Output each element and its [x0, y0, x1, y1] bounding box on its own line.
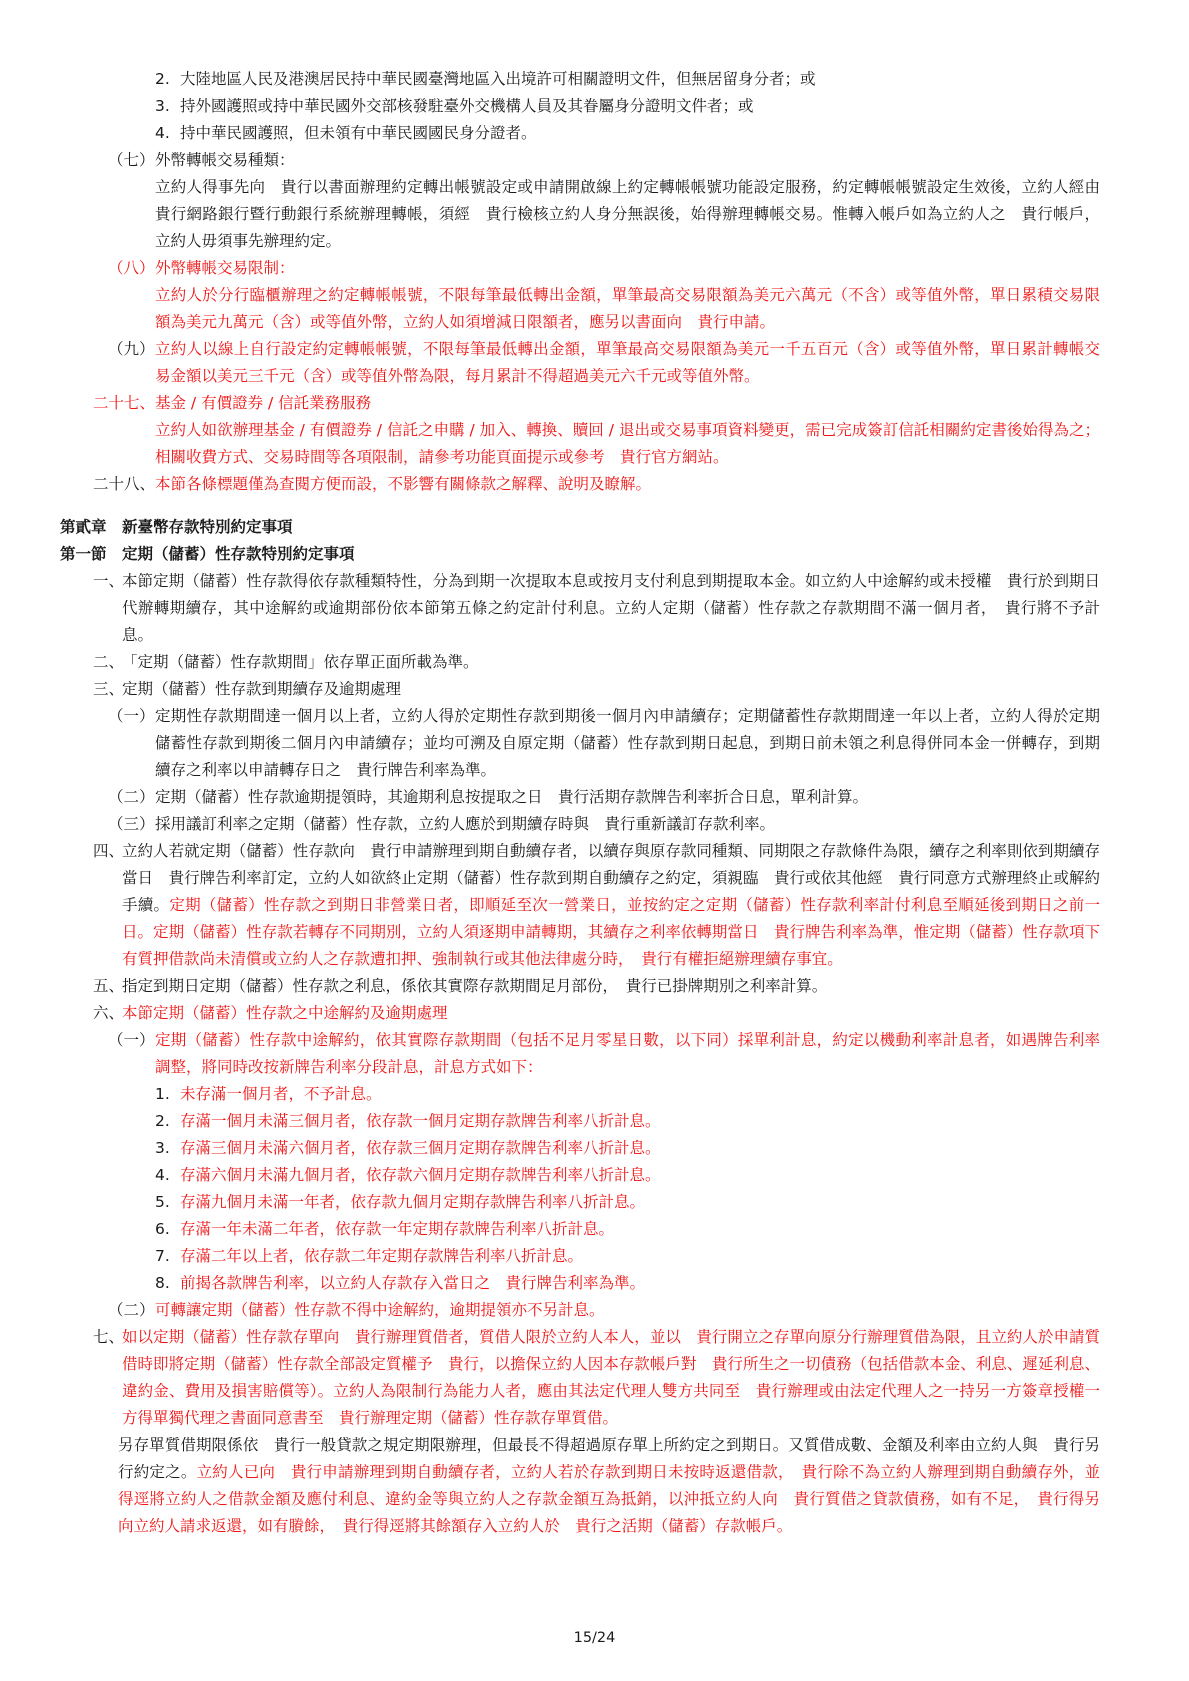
contract-clauses: 2.大陸地區人民及港澳居民持中華民國臺灣地區入出境許可相關證明文件，但無居留身分… [0, 66, 1189, 1540]
clause-block: 7.存滿二年以上者，依存款二年定期存款牌告利率八折計息。 [0, 1243, 1189, 1270]
clause-block: 一、本節定期（儲蓄）性存款得依存款種類特性，分為到期一次提取本息或按月支付利息到… [0, 568, 1189, 649]
item-marker: 二十七、 [93, 390, 155, 417]
item-marker: （二） [108, 1297, 155, 1324]
clause-block: 2.存滿一個月未滿三個月者，依存款一個月定期存款牌告利率八折計息。 [0, 1108, 1189, 1135]
clause-text: 持外國護照或持中華民國外交部核發駐臺外交機構人員及其眷屬身分證明文件者；或 [180, 97, 754, 115]
clause-text: 定期（儲蓄）性存款到期續存及逾期處理 [122, 680, 401, 698]
item-marker: 2. [155, 1108, 170, 1135]
clause-block: 七、如以定期（儲蓄）性存款存單向 貴行辦理質借者，質借人限於立約人本人，並以 貴… [0, 1324, 1189, 1432]
section-heading: 第貳章 新臺幣存款特別約定事項 [0, 514, 1189, 541]
clause-block: （二）可轉讓定期（儲蓄）性存款不得中途解約，逾期提領亦不另計息。 [0, 1297, 1189, 1324]
clause-text: 立約人以線上自行設定約定轉帳帳號，不限每筆最低轉出金額，單筆最高交易限額為美元一… [155, 340, 1100, 385]
item-marker: 六、 [93, 1000, 124, 1027]
clause-block: 1.未存滿一個月者，不予計息。 [0, 1081, 1189, 1108]
clause-block: 二、「定期（儲蓄）性存款期間」依存單正面所載為準。 [0, 649, 1189, 676]
clause-block: 6.存滿一年未滿二年者，依存款一年定期存款牌告利率八折計息。 [0, 1216, 1189, 1243]
clause-block: 5.存滿九個月未滿一年者，依存款九個月定期存款牌告利率八折計息。 [0, 1189, 1189, 1216]
item-marker: 5. [155, 1189, 170, 1216]
clause-text: 立約人如欲辦理基金 / 有價證券 / 信託之申購 / 加入、轉換、贖回 / 退出… [155, 421, 1100, 466]
clause-text: 外幣轉帳交易種類： [155, 151, 295, 169]
clause-text: 存滿六個月未滿九個月者，依存款六個月定期存款牌告利率八折計息。 [180, 1166, 661, 1184]
page-number: 15/24 [0, 1629, 1189, 1647]
clause-text: 定期性存款期間達一個月以上者，立約人得於定期性存款到期後一個月內申請續存；定期儲… [155, 707, 1100, 779]
clause-block: 3.持外國護照或持中華民國外交部核發駐臺外交機構人員及其眷屬身分證明文件者；或 [0, 93, 1189, 120]
item-marker: 二、 [93, 649, 124, 676]
clause-block: 立約人如欲辦理基金 / 有價證券 / 信託之申購 / 加入、轉換、贖回 / 退出… [0, 417, 1189, 471]
item-marker: 4. [155, 1162, 170, 1189]
item-marker: （三） [108, 811, 155, 838]
clause-text: 可轉讓定期（儲蓄）性存款不得中途解約，逾期提領亦不另計息。 [155, 1301, 605, 1319]
item-marker: 四、 [93, 838, 124, 865]
item-marker: 6. [155, 1216, 170, 1243]
item-marker: 3. [155, 93, 170, 120]
clause-text: 基金 / 有價證券 / 信託業務服務 [155, 394, 371, 412]
clause-text: 本節各條標題僅為查閱方便而設，不影響有關條款之解釋、說明及瞭解。 [155, 475, 651, 493]
item-marker: 七、 [93, 1324, 124, 1351]
item-marker: （九） [108, 336, 155, 363]
clause-block: 8.前揭各款牌告利率，以立約人存款存入當日之 貴行牌告利率為準。 [0, 1270, 1189, 1297]
clause-text: 立約人得事先向 貴行以書面辦理約定轉出帳號設定或申請開啟線上約定轉帳帳號功能設定… [155, 178, 1116, 250]
clause-text: 未存滿一個月者，不予計息。 [180, 1085, 382, 1103]
item-marker: 4. [155, 120, 170, 147]
clause-text: 存滿九個月未滿一年者，依存款九個月定期存款牌告利率八折計息。 [180, 1193, 645, 1211]
clause-block: （二）定期（儲蓄）性存款逾期提領時，其逾期利息按提取之日 貴行活期存款牌告利率折… [0, 784, 1189, 811]
clause-block: 三、定期（儲蓄）性存款到期續存及逾期處理 [0, 676, 1189, 703]
item-marker: （八） [108, 255, 155, 282]
clause-text: 第貳章 新臺幣存款特別約定事項 [60, 518, 293, 536]
clause-block: （三）採用議訂利率之定期（儲蓄）性存款，立約人應於到期續存時與 貴行重新議訂存款… [0, 811, 1189, 838]
clause-text: 外幣轉帳交易限制： [155, 259, 295, 277]
clause-block: （八）外幣轉帳交易限制： [0, 255, 1189, 282]
clause-text: 大陸地區人民及港澳居民持中華民國臺灣地區入出境許可相關證明文件，但無居留身分者；… [180, 70, 816, 88]
clause-text: 採用議訂利率之定期（儲蓄）性存款，立約人應於到期續存時與 貴行重新議訂存款利率。 [155, 815, 775, 833]
clause-block: （七）外幣轉帳交易種類： [0, 147, 1189, 174]
clause-text: 存滿二年以上者，依存款二年定期存款牌告利率八折計息。 [180, 1247, 583, 1265]
item-marker: 一、 [93, 568, 124, 595]
clause-block: 二十七、基金 / 有價證券 / 信託業務服務 [0, 390, 1189, 417]
clause-block: 六、本節定期（儲蓄）性存款之中途解約及逾期處理 [0, 1000, 1189, 1027]
clause-block: 4.存滿六個月未滿九個月者，依存款六個月定期存款牌告利率八折計息。 [0, 1162, 1189, 1189]
item-marker: 2. [155, 66, 170, 93]
item-marker: 五、 [93, 973, 124, 1000]
clause-block: 3.存滿三個月未滿六個月者，依存款三個月定期存款牌告利率八折計息。 [0, 1135, 1189, 1162]
clause-text: 前揭各款牌告利率，以立約人存款存入當日之 貴行牌告利率為準。 [180, 1274, 645, 1292]
clause-block: 二十八、本節各條標題僅為查閱方便而設，不影響有關條款之解釋、說明及瞭解。 [0, 471, 1189, 498]
clause-text: 存滿一年未滿二年者，依存款一年定期存款牌告利率八折計息。 [180, 1220, 614, 1238]
clause-text: 存滿一個月未滿三個月者，依存款一個月定期存款牌告利率八折計息。 [180, 1112, 661, 1130]
clause-block: 五、指定到期日定期（儲蓄）性存款之利息，係依其實際存款期間足月部份， 貴行已掛牌… [0, 973, 1189, 1000]
section-heading: 第一節 定期（儲蓄）性存款特別約定事項 [0, 541, 1189, 568]
item-marker: 三、 [93, 676, 124, 703]
clause-text: 持中華民國護照，但未領有中華民國國民身分證者。 [180, 124, 537, 142]
clause-text: 立約人於分行臨櫃辦理之約定轉帳帳號，不限每筆最低轉出金額，單筆最高交易限額為美元… [155, 286, 1100, 331]
item-marker: 8. [155, 1270, 170, 1297]
clause-text: 本節定期（儲蓄）性存款得依存款種類特性，分為到期一次提取本息或按月支付利息到期提… [122, 572, 1100, 644]
clause-text: 立約人已向 貴行申請辦理到期自動續存者，立約人若於存款到期日未按時返還借款， 貴… [118, 1463, 1100, 1535]
clause-block: 四、立約人若就定期（儲蓄）性存款向 貴行申請辦理到期自動續存者，以續存與原存款同… [0, 838, 1189, 973]
clause-text: 定期（儲蓄）性存款中途解約，依其實際存款期間（包括不足月零星日數，以下同）採單利… [155, 1031, 1100, 1076]
document-page: 2.大陸地區人民及港澳居民持中華民國臺灣地區入出境許可相關證明文件，但無居留身分… [0, 0, 1189, 1681]
clause-text: 存滿三個月未滿六個月者，依存款三個月定期存款牌告利率八折計息。 [180, 1139, 661, 1157]
clause-block: 4.持中華民國護照，但未領有中華民國國民身分證者。 [0, 120, 1189, 147]
item-marker: （七） [108, 147, 155, 174]
item-marker: （二） [108, 784, 155, 811]
clause-text: 如以定期（儲蓄）性存款存單向 貴行辦理質借者，質借人限於立約人本人，並以 貴行開… [122, 1328, 1100, 1427]
clause-block: （九）立約人以線上自行設定約定轉帳帳號，不限每筆最低轉出金額，單筆最高交易限額為… [0, 336, 1189, 390]
clause-block: 立約人得事先向 貴行以書面辦理約定轉出帳號設定或申請開啟線上約定轉帳帳號功能設定… [0, 174, 1189, 255]
item-marker: 二十八、 [93, 471, 155, 498]
clause-text: 指定到期日定期（儲蓄）性存款之利息，係依其實際存款期間足月部份， 貴行已掛牌期別… [122, 977, 827, 995]
clause-text: 定期（儲蓄）性存款之到期日非營業日者，即順延至次一營業日，並按約定之定期（儲蓄）… [122, 896, 1100, 968]
clause-text: 第一節 定期（儲蓄）性存款特別約定事項 [60, 545, 355, 563]
clause-block: 2.大陸地區人民及港澳居民持中華民國臺灣地區入出境許可相關證明文件，但無居留身分… [0, 66, 1189, 93]
item-marker: （一） [108, 1027, 155, 1054]
item-marker: 3. [155, 1135, 170, 1162]
clause-block: （一）定期性存款期間達一個月以上者，立約人得於定期性存款到期後一個月內申請續存；… [0, 703, 1189, 784]
clause-block: 另存單質借期限係依 貴行一般貸款之規定期限辦理，但最長不得超過原存單上所約定之到… [0, 1432, 1189, 1540]
clause-block: （一）定期（儲蓄）性存款中途解約，依其實際存款期間（包括不足月零星日數，以下同）… [0, 1027, 1189, 1081]
item-marker: 1. [155, 1081, 170, 1108]
clause-text: 「定期（儲蓄）性存款期間」依存單正面所載為準。 [122, 653, 479, 671]
item-marker: 7. [155, 1243, 170, 1270]
clause-block: 立約人於分行臨櫃辦理之約定轉帳帳號，不限每筆最低轉出金額，單筆最高交易限額為美元… [0, 282, 1189, 336]
clause-text: 本節定期（儲蓄）性存款之中途解約及逾期處理 [122, 1004, 448, 1022]
clause-text: 定期（儲蓄）性存款逾期提領時，其逾期利息按提取之日 貴行活期存款牌告利率折合日息… [155, 788, 868, 806]
item-marker: （一） [108, 703, 155, 730]
